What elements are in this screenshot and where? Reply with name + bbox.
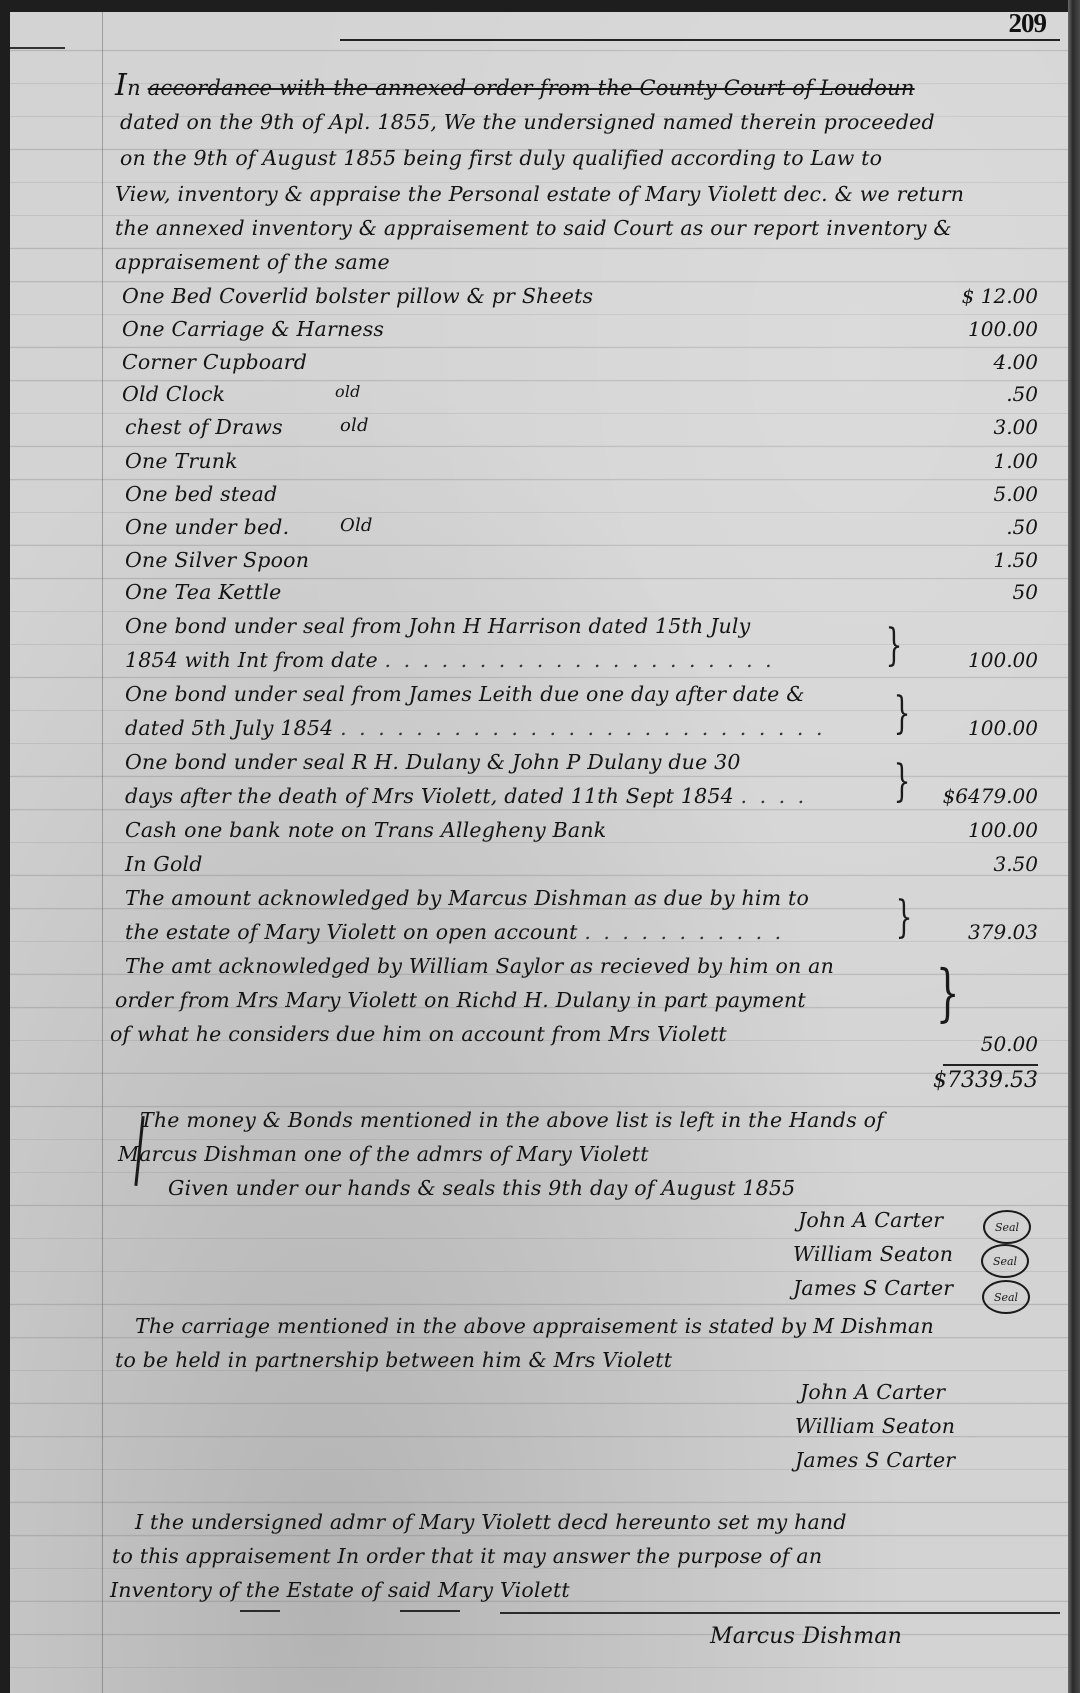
signature-john-a-carter-2: John A Carter xyxy=(800,1380,945,1404)
item-old-clock: Old Clock xyxy=(122,382,225,406)
underline-mark xyxy=(400,1610,460,1612)
preamble-line-1: In accordance with the annexed order fro… xyxy=(115,68,915,103)
amount-bond-leith: 100.00 xyxy=(968,716,1038,740)
brace-bond-dulany: } xyxy=(894,760,911,804)
item-dishman-account-line-1: The amount acknowledged by Marcus Dishma… xyxy=(125,886,809,910)
margin-stub-rule xyxy=(10,47,65,49)
amount-cash-bank-note: 100.00 xyxy=(968,818,1038,842)
brace-bond-harrison: } xyxy=(886,624,903,668)
brace-saylor: } xyxy=(936,962,960,1024)
preamble-line-4: View, inventory & appraise the Personal … xyxy=(115,182,964,206)
brace-bond-leith: } xyxy=(894,692,911,736)
amount-tea-kettle: 50 xyxy=(1013,580,1038,604)
item-silver-spoon: One Silver Spoon xyxy=(125,548,309,572)
item-in-gold: In Gold xyxy=(125,852,203,876)
signature-james-s-carter-2: James S Carter xyxy=(795,1448,955,1472)
item-bond-dulany-line-2: days after the death of Mrs Violett, dat… xyxy=(125,784,807,808)
note-money-line-3: Given under our hands & seals this 9th d… xyxy=(168,1176,795,1200)
note-carriage-line-2: to be held in partnership between him & … xyxy=(115,1348,672,1372)
item-carriage-harness: One Carriage & Harness xyxy=(122,317,384,341)
item-cash-bank-note: Cash one bank note on Trans Allegheny Ba… xyxy=(125,818,606,842)
preamble-line-3: on the 9th of August 1855 being first du… xyxy=(120,146,882,170)
item-corner-cupboard: Corner Cupboard xyxy=(122,350,307,374)
item-bond-leith-line-1: One bond under seal from James Leith due… xyxy=(125,682,805,706)
note-money-line-2: Marcus Dishman one of the admrs of Mary … xyxy=(118,1142,649,1166)
preamble-line-2: dated on the 9th of Apl. 1855, We the un… xyxy=(120,110,935,134)
item-under-bed-note: Old xyxy=(340,515,373,536)
item-chest-of-draws: chest of Draws xyxy=(125,415,283,439)
item-tea-kettle: One Tea Kettle xyxy=(125,580,281,604)
note-money-line-1: The money & Bonds mentioned in the above… xyxy=(140,1108,884,1132)
amount-old-clock: .50 xyxy=(1006,382,1038,406)
amount-carriage-harness: 100.00 xyxy=(968,317,1038,341)
brace-dishman-account: } xyxy=(896,896,913,940)
amount-chest-of-draws: 3.00 xyxy=(993,415,1038,439)
underline-mark xyxy=(500,1612,1060,1614)
amount-bond-dulany: $6479.00 xyxy=(943,784,1038,808)
amount-bond-harrison: 100.00 xyxy=(968,648,1038,672)
item-bond-leith-line-2: dated 5th July 1854 . . . . . . . . . . … xyxy=(125,716,825,740)
item-bond-harrison-line-1: One bond under seal from John H Harrison… xyxy=(125,614,750,638)
amount-under-bed: .50 xyxy=(1006,515,1038,539)
inventory-total: $7339.53 xyxy=(933,1068,1038,1093)
header-rule xyxy=(340,39,1060,41)
item-chest-note: old xyxy=(340,415,369,436)
signature-james-s-carter-1: James S Carter xyxy=(793,1276,953,1300)
preamble-line-6: appraisement of the same xyxy=(115,250,390,274)
item-bond-dulany-line-1: One bond under seal R H. Dulany & John P… xyxy=(125,750,741,774)
item-bond-harrison-line-2: 1854 with Int from date . . . . . . . . … xyxy=(125,648,775,672)
item-under-bed: One under bed. xyxy=(125,515,289,539)
item-saylor-line-2: order from Mrs Mary Violett on Richd H. … xyxy=(115,988,806,1012)
admin-statement-line-2: to this appraisement In order that it ma… xyxy=(112,1544,822,1568)
signature-william-seaton-1: William Seaton xyxy=(793,1242,953,1266)
page-number: 209 xyxy=(1009,8,1047,39)
item-saylor-line-3: of what he considers due him on account … xyxy=(110,1022,727,1046)
amount-bed-stead: 5.00 xyxy=(993,482,1038,506)
item-old-clock-note: old xyxy=(335,382,361,401)
item-saylor-line-1: The amt acknowledged by William Saylor a… xyxy=(125,954,834,978)
amount-saylor: 50.00 xyxy=(981,1032,1038,1056)
amount-dishman-account: 379.03 xyxy=(968,920,1038,944)
amount-in-gold: 3.50 xyxy=(993,852,1038,876)
amount-silver-spoon: 1.50 xyxy=(993,548,1038,572)
item-trunk: One Trunk xyxy=(125,449,238,473)
struck-text: accordance with the annexed order from t… xyxy=(148,76,915,100)
margin-line xyxy=(102,12,103,1693)
preamble-line-5: the annexed inventory & appraisement to … xyxy=(115,216,952,240)
seal-icon: Seal xyxy=(981,1244,1029,1278)
item-dishman-account-line-2: the estate of Mary Violett on open accou… xyxy=(125,920,784,944)
item-bed-coverlid: One Bed Coverlid bolster pillow & pr She… xyxy=(122,284,593,308)
admin-statement-line-1: I the undersigned admr of Mary Violett d… xyxy=(135,1510,847,1534)
seal-icon: Seal xyxy=(983,1210,1031,1244)
admin-statement-line-3: Inventory of the Estate of said Mary Vio… xyxy=(110,1578,570,1602)
signature-william-seaton-2: William Seaton xyxy=(795,1414,955,1438)
underline-mark xyxy=(240,1610,280,1612)
amount-trunk: 1.00 xyxy=(993,449,1038,473)
page-binding-edge xyxy=(1068,0,1080,1693)
ledger-page: 209 In accordance with the annexed order… xyxy=(10,12,1068,1693)
sum-rule xyxy=(943,1064,1038,1066)
signature-john-a-carter-1: John A Carter xyxy=(798,1208,943,1232)
item-bed-stead: One bed stead xyxy=(125,482,277,506)
signature-marcus-dishman: Marcus Dishman xyxy=(710,1624,902,1649)
amount-corner-cupboard: 4.00 xyxy=(993,350,1038,374)
seal-icon: Seal xyxy=(982,1280,1030,1314)
amount-bed-coverlid: $ 12.00 xyxy=(962,284,1038,308)
note-carriage-line-1: The carriage mentioned in the above appr… xyxy=(135,1314,934,1338)
